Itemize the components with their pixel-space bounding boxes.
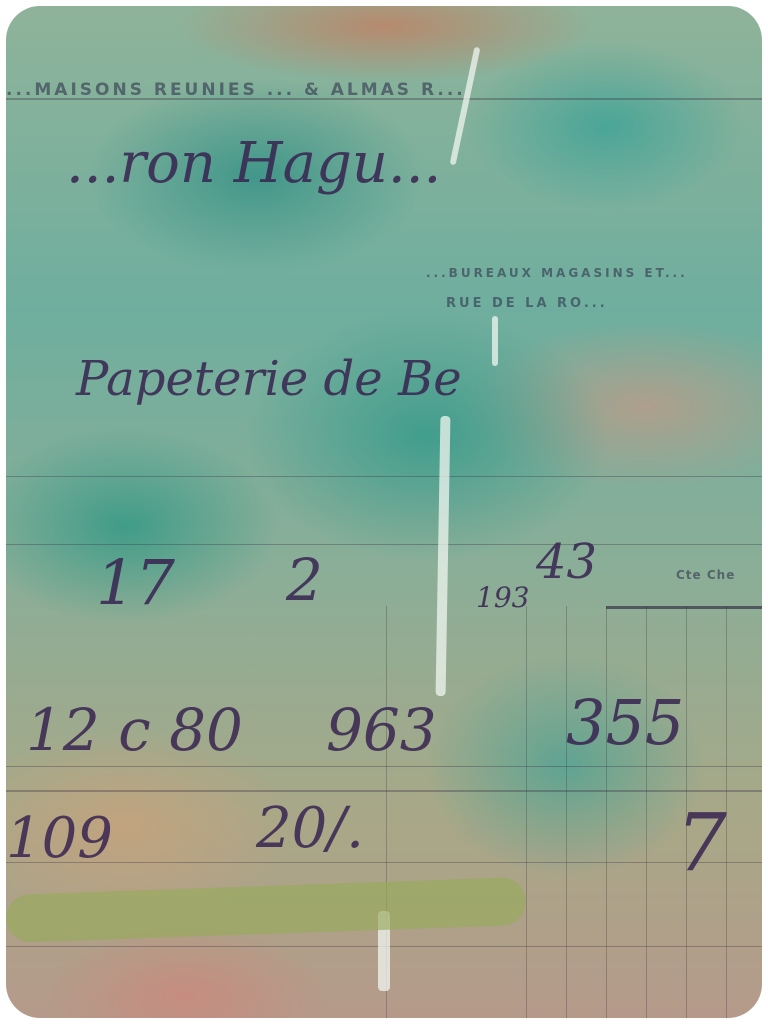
handwritten-row1-left: 12 c 80	[26, 696, 243, 764]
handwritten-year-suffix: 43	[536, 534, 597, 590]
paint-band	[6, 877, 527, 943]
paint-crack	[450, 47, 481, 166]
ruled-line	[6, 790, 762, 792]
grid-line	[526, 606, 527, 1018]
handwritten-row2-right: 7	[676, 796, 727, 889]
ruled-line	[6, 766, 762, 767]
handwritten-heading-top: ...ron Hagu...	[66, 131, 441, 196]
grid-line	[646, 606, 647, 1018]
ledger-photo: ...MAISONS REUNIES ... & ALMAS R... ...B…	[6, 6, 762, 1018]
ruled-line	[606, 606, 762, 609]
grid-line	[606, 606, 607, 1018]
ruled-line	[6, 862, 762, 863]
handwritten-row2-left: 109	[6, 806, 113, 871]
printed-year-prefix: 193	[476, 581, 529, 614]
printed-header-line1: ...MAISONS REUNIES ... & ALMAS R...	[6, 80, 466, 100]
grid-line	[566, 606, 567, 1018]
handwritten-date-day: 17	[96, 546, 175, 619]
handwritten-heading-main: Papeterie de Be	[76, 351, 462, 407]
handwritten-row1-right: 355	[566, 686, 684, 759]
printed-header-line2: ...BUREAUX MAGASINS ET...	[426, 266, 688, 280]
paint-crack	[436, 416, 451, 696]
small-print-right: Cte Che	[676, 568, 735, 582]
handwritten-row2-mid: 20/.	[256, 796, 364, 861]
handwritten-date-month: 2	[286, 546, 323, 614]
paint-crack	[492, 316, 498, 366]
ruled-line	[6, 544, 762, 545]
printed-header-line3: RUE DE LA RO...	[446, 296, 608, 311]
ruled-line	[6, 476, 762, 477]
handwritten-row1-mid: 963	[326, 696, 437, 764]
